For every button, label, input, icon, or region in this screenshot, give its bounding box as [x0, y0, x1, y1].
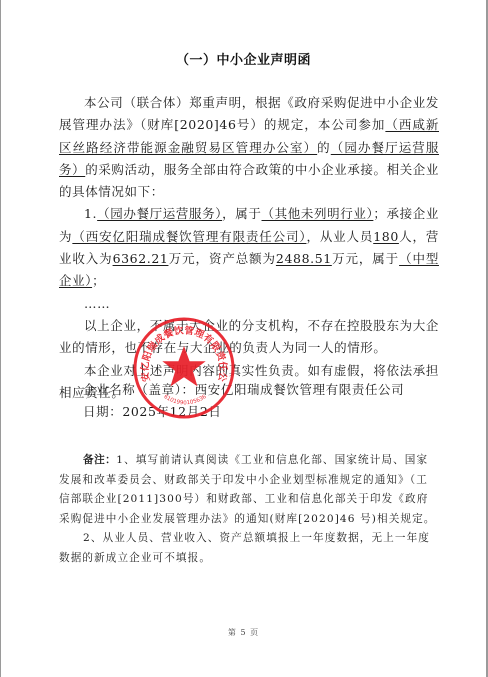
- item-1: 1.（园办餐厅运营服务），属于（其他未列明行业）；承接企业为（西安亿阳瑞成餐饮管…: [59, 203, 439, 292]
- document-title: （一）中小企业声明函: [1, 49, 486, 68]
- note-1-text: 1、填写前请认真阅读《工业和信息化部、国家统计局、国家发展和改革委员会、财政部关…: [59, 454, 435, 525]
- date-label: 日期：: [83, 404, 122, 419]
- seal-number: 6101990105636: [162, 394, 208, 407]
- note-1: 备注：1、填写前请认真阅读《工业和信息化部、国家统计局、国家发展和改革委员会、财…: [59, 451, 439, 529]
- ellipsis: ……: [59, 293, 439, 315]
- staff-count: 180: [373, 229, 399, 244]
- item-service: （园办餐厅运营服务）: [97, 206, 222, 221]
- paragraph-declaration: 本公司（联合体）郑重声明，根据《政府采购促进中小企业发展管理办法》（财库[202…: [59, 92, 439, 404]
- item-number: 1.: [84, 206, 97, 221]
- item-company: （西安亿阳瑞成餐饮管理有限责任公司）: [72, 229, 306, 244]
- declaration-prefix: 本公司（联合体）郑重声明，根据《政府采购促进中小企业发展管理办法》（财库[202…: [59, 95, 439, 132]
- text-belongs: ，属于: [222, 206, 261, 221]
- text-assets: 万元，资产总额为: [168, 251, 275, 266]
- note-2: 2、从业人员、营业收入、资产总额填报上一年度数据，无上一年度数据的新成立企业可不…: [59, 529, 439, 568]
- text-type: 万元，属于: [332, 251, 399, 266]
- svg-text:6101990105636: 6101990105636: [162, 394, 208, 407]
- assets-value: 2488.51: [276, 251, 332, 266]
- page-number: 第 5 页: [1, 627, 486, 638]
- paragraph-not-branch: 以上企业，不属于大企业的分支机构，不存在控股股东为大企业的情形，也不存在与大企业…: [59, 315, 439, 360]
- revenue-value: 6362.21: [113, 251, 169, 266]
- declaration-suffix: 的采购活动，服务全部由符合政策的中小企业承接。相关企业的具体情况如下：: [59, 162, 439, 199]
- notes-section: 备注：1、填写前请认真阅读《工业和信息化部、国家统计局、国家发展和改革委员会、财…: [59, 451, 439, 568]
- company-seal-icon: 西安亿阳瑞成餐饮管理有限责任公司 6101990105636: [132, 316, 236, 420]
- document-page: （一）中小企业声明函 本公司（联合体）郑重声明，根据《政府采购促进中小企业发展管…: [1, 0, 486, 677]
- item-industry: （其他未列明行业）: [262, 206, 374, 221]
- text-staff: ，从业人员: [306, 229, 373, 244]
- notes-label: 备注：: [83, 454, 116, 466]
- connector-text: 的: [317, 140, 331, 155]
- item-end: ；: [92, 273, 105, 288]
